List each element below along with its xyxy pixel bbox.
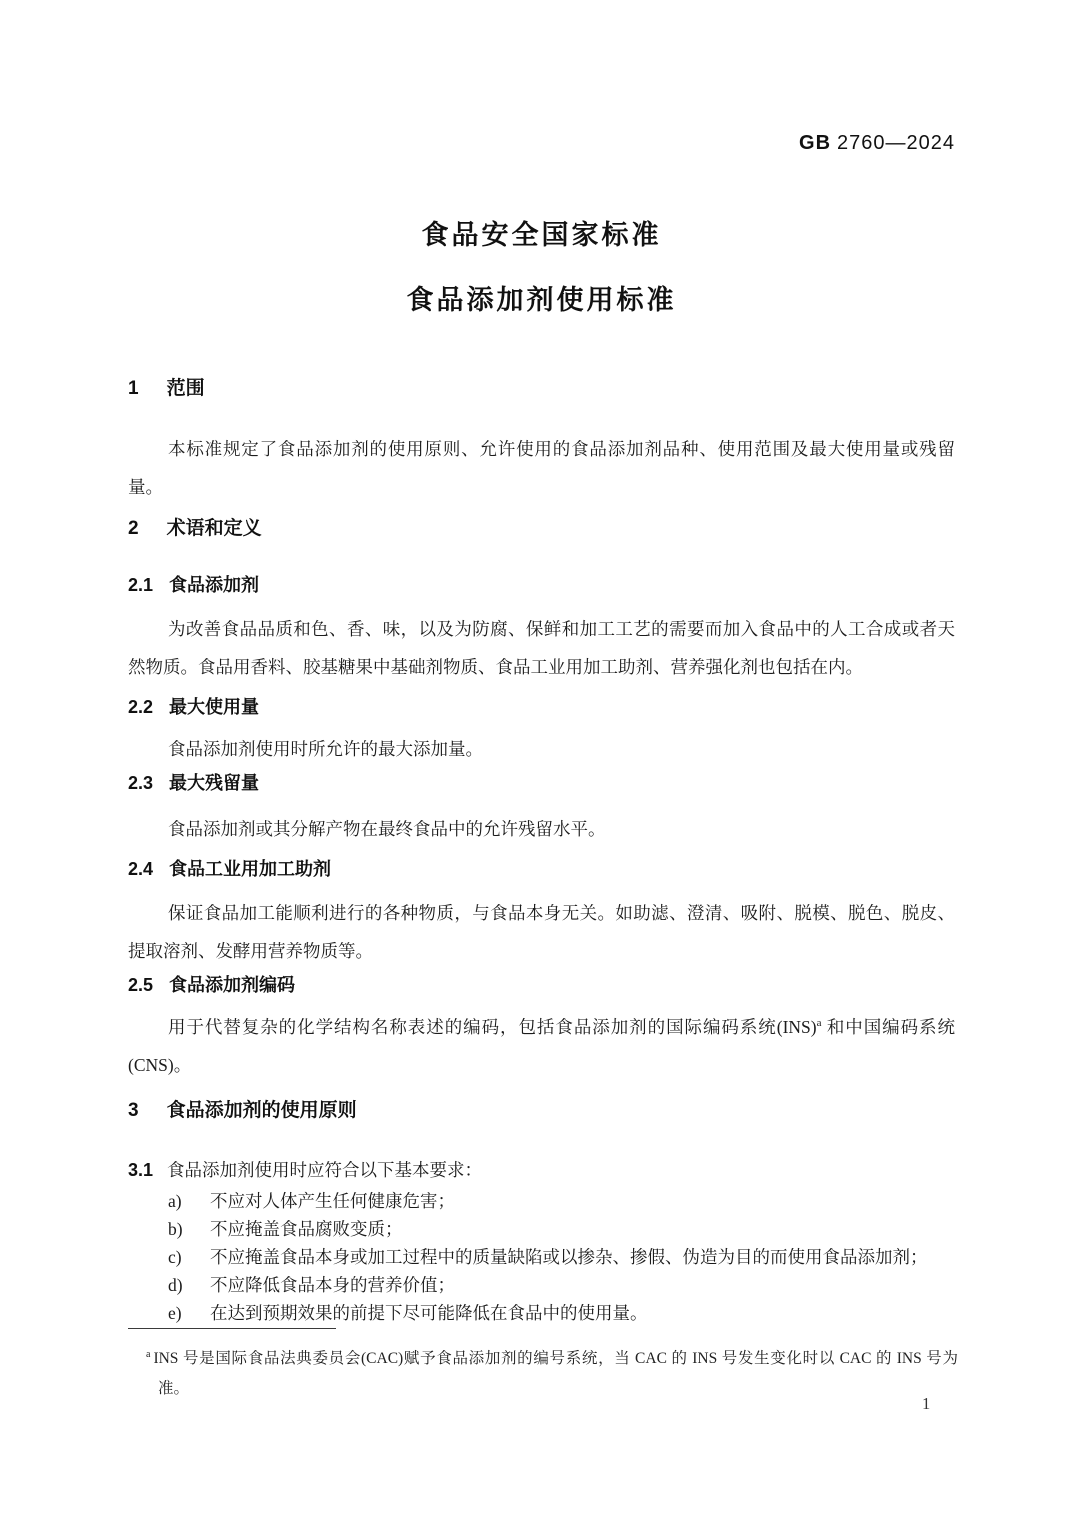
section-2-2-title: 最大使用量 xyxy=(169,697,259,717)
section-2-5-heading: 2.5食品添加剂编码 xyxy=(128,974,955,996)
section-2-4-title: 食品工业用加工助剂 xyxy=(169,859,331,879)
section-2-5-body-pre: 用于代替复杂的化学结构名称表述的编码，包括食品添加剂的国际编码系统(INS) xyxy=(168,1017,817,1037)
section-3-heading: 3食品添加剂的使用原则 xyxy=(128,1100,955,1122)
section-2-1-number: 2.1 xyxy=(128,575,153,595)
page-content: GB2760—2024 食品安全国家标准 食品添加剂使用标准 1范围 本标准规定… xyxy=(0,131,1074,1327)
document-page: GB2760—2024 食品安全国家标准 食品添加剂使用标准 1范围 本标准规定… xyxy=(0,0,1074,1520)
section-2-5-title: 食品添加剂编码 xyxy=(169,975,295,995)
requirement-list: a)不应对人体产生任何健康危害； b)不应掩盖食品腐败变质； c)不应掩盖食品本… xyxy=(168,1187,955,1327)
section-2-number: 2 xyxy=(128,518,139,539)
list-item-label: d) xyxy=(168,1271,210,1299)
list-item-text: 不应掩盖食品腐败变质； xyxy=(210,1215,955,1243)
standard-code: GB2760—2024 xyxy=(128,131,955,155)
list-item: a)不应对人体产生任何健康危害； xyxy=(168,1187,955,1215)
section-1-body: 本标准规定了食品添加剂的使用原则、允许使用的食品添加剂品种、使用范围及最大使用量… xyxy=(128,430,955,506)
standard-code-prefix: GB xyxy=(799,132,831,154)
list-item-text: 不应对人体产生任何健康危害； xyxy=(210,1187,955,1215)
footnote: aINS 号是国际食品法典委员会(CAC)赋予食品添加剂的编号系统，当 CAC … xyxy=(146,1340,958,1404)
list-item-label: c) xyxy=(168,1243,210,1271)
section-2-1-body: 为改善食品品质和色、香、味，以及为防腐、保鲜和加工工艺的需要而加入食品中的人工合… xyxy=(128,610,955,686)
list-item: d)不应降低食品本身的营养价值； xyxy=(168,1271,955,1299)
list-item-label: e) xyxy=(168,1299,210,1327)
section-2-3-title: 最大残留量 xyxy=(169,773,259,793)
page-number: 1 xyxy=(922,1394,930,1414)
section-3-title: 食品添加剂的使用原则 xyxy=(167,1100,357,1121)
section-2-5-number: 2.5 xyxy=(128,975,153,995)
list-item: b)不应掩盖食品腐败变质； xyxy=(168,1215,955,1243)
section-2-4-body: 保证食品加工能顺利进行的各种物质，与食品本身无关。如助滤、澄清、吸附、脱模、脱色… xyxy=(128,894,955,970)
section-2-3-body: 食品添加剂或其分解产物在最终食品中的允许残留水平。 xyxy=(128,810,955,848)
section-2-2-body: 食品添加剂使用时所允许的最大添加量。 xyxy=(128,730,955,768)
section-2-4-number: 2.4 xyxy=(128,859,153,879)
section-2-4-heading: 2.4食品工业用加工助剂 xyxy=(128,858,955,880)
clause-3-1-lead: 食品添加剂使用时应符合以下基本要求： xyxy=(167,1160,482,1180)
section-3-number: 3 xyxy=(128,1100,139,1121)
section-2-title: 术语和定义 xyxy=(167,518,262,539)
footnote-text: INS 号是国际食品法典委员会(CAC)赋予食品添加剂的编号系统，当 CAC 的… xyxy=(153,1350,958,1397)
standard-code-number: 2760—2024 xyxy=(837,132,955,154)
list-item: c)不应掩盖食品本身或加工过程中的质量缺陷或以掺杂、掺假、伪造为目的而使用食品添… xyxy=(168,1243,955,1271)
section-2-2-number: 2.2 xyxy=(128,697,153,717)
clause-3-1-number: 3.1 xyxy=(128,1160,153,1180)
section-1-heading: 1范围 xyxy=(128,378,955,400)
list-item-text: 不应降低食品本身的营养价值； xyxy=(210,1271,955,1299)
section-2-1-title: 食品添加剂 xyxy=(169,575,259,595)
section-2-3-number: 2.3 xyxy=(128,773,153,793)
footnote-divider xyxy=(128,1328,336,1329)
section-2-3-heading: 2.3最大残留量 xyxy=(128,772,955,794)
section-1-number: 1 xyxy=(128,378,139,399)
list-item: e)在达到预期效果的前提下尽可能降低在食品中的使用量。 xyxy=(168,1299,955,1327)
section-2-1-heading: 2.1食品添加剂 xyxy=(128,574,955,596)
list-item-text: 不应掩盖食品本身或加工过程中的质量缺陷或以掺杂、掺假、伪造为目的而使用食品添加剂… xyxy=(210,1243,955,1271)
section-2-2-heading: 2.2最大使用量 xyxy=(128,696,955,718)
footnote-marker-a: a xyxy=(146,1349,150,1360)
section-2-heading: 2术语和定义 xyxy=(128,518,955,540)
list-item-text: 在达到预期效果的前提下尽可能降低在食品中的使用量。 xyxy=(210,1299,955,1327)
list-item-label: b) xyxy=(168,1215,210,1243)
list-item-label: a) xyxy=(168,1187,210,1215)
clause-3-1: 3.1食品添加剂使用时应符合以下基本要求： xyxy=(128,1158,955,1182)
document-title-line2: 食品添加剂使用标准 xyxy=(128,284,955,316)
document-title-line1: 食品安全国家标准 xyxy=(128,219,955,251)
section-1-title: 范围 xyxy=(167,378,205,399)
section-2-5-body: 用于代替复杂的化学结构名称表述的编码，包括食品添加剂的国际编码系统(INS)a … xyxy=(128,1008,955,1084)
